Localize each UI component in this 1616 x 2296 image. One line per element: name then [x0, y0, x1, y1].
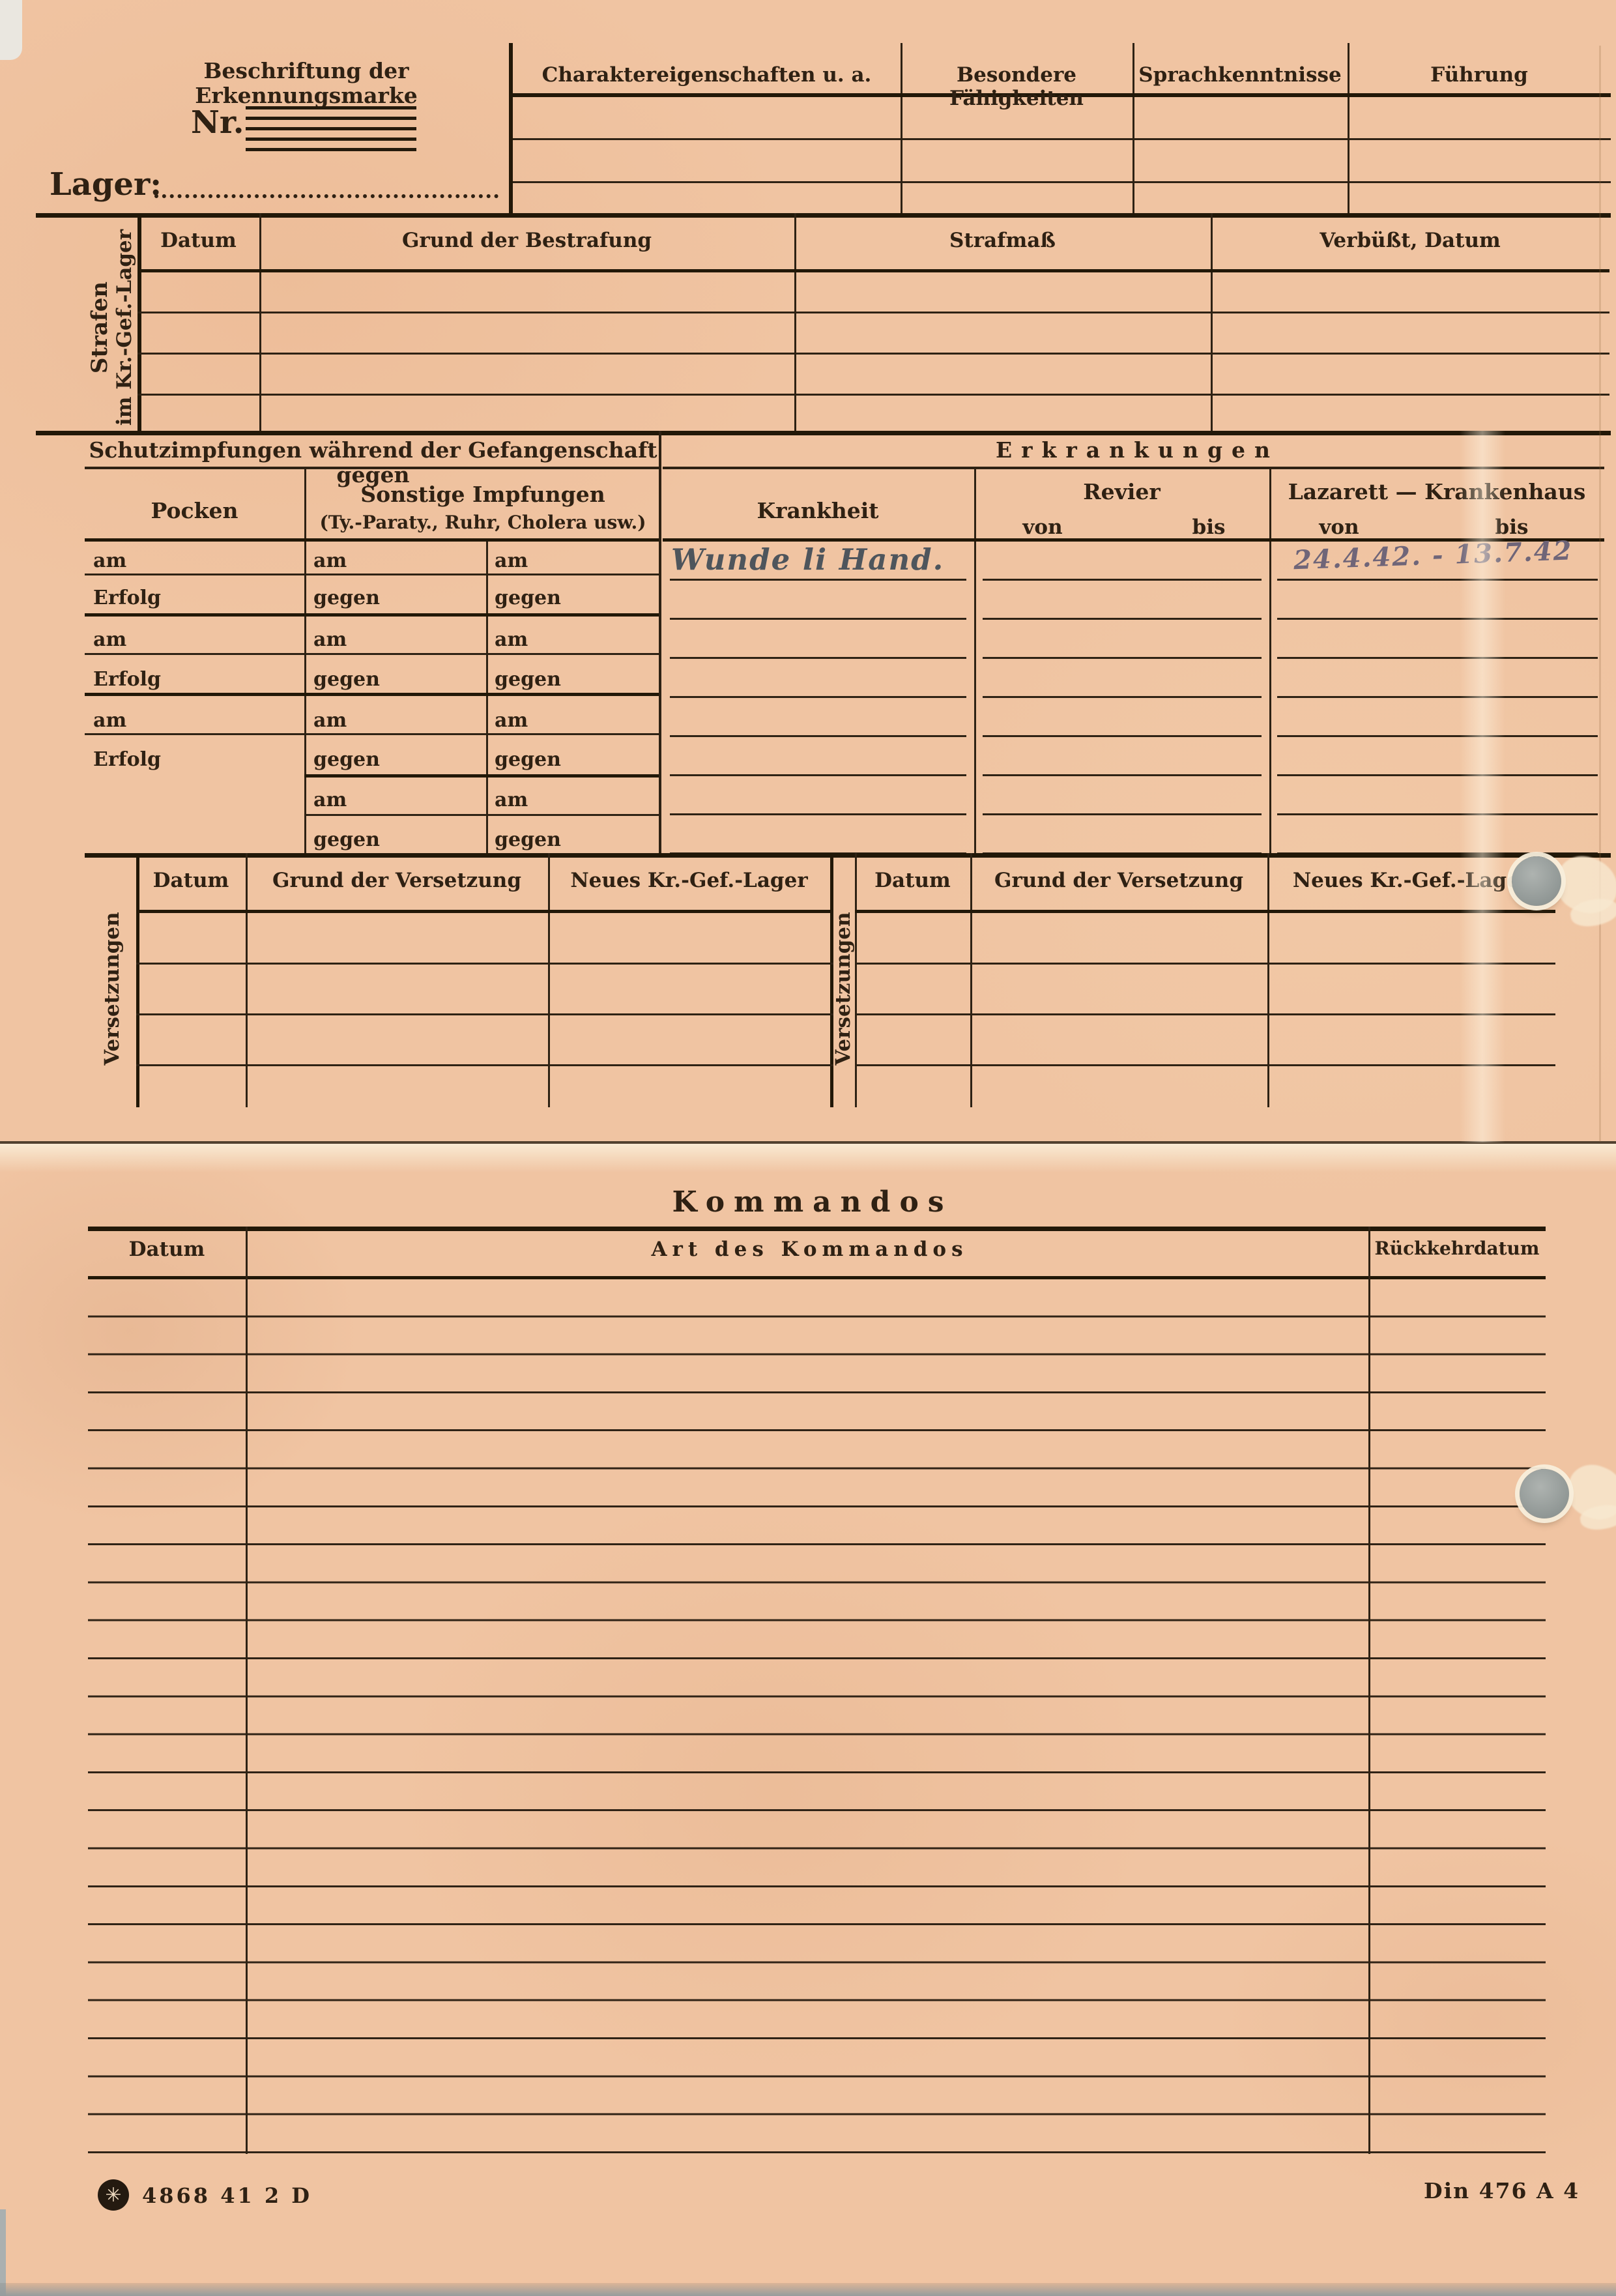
field-label-am: am	[495, 789, 528, 811]
field-label-am: am	[313, 709, 347, 732]
table-line	[304, 774, 660, 777]
field-label-am: am	[495, 628, 528, 651]
illnesses-row-lines	[1277, 542, 1598, 854]
illnesses-row-lines	[983, 542, 1262, 854]
card-fold-highlight	[0, 1144, 1616, 1172]
camp-entry-line	[154, 169, 498, 198]
punishments-col-header: Grund der Bestrafung	[259, 229, 794, 253]
table-line	[36, 431, 1611, 435]
kommandos-row-lines	[88, 1279, 1546, 2154]
table-line	[85, 853, 1611, 858]
field-label-gegen: gegen	[313, 668, 380, 691]
illnesses-subcol-header: von	[1303, 516, 1375, 540]
field-label-erfolg: Erfolg	[93, 748, 161, 771]
field-label-gegen: gegen	[313, 587, 380, 609]
table-line	[1368, 1227, 1370, 2154]
transfers-col-header: Datum	[855, 869, 970, 893]
field-label-erfolg: Erfolg	[93, 587, 161, 609]
table-line	[88, 1227, 1546, 1231]
field-label-am: am	[495, 709, 528, 732]
traits-col-header: Sprachkenntnisse	[1133, 64, 1348, 87]
transfers-col-header: Grund der Versetzung	[246, 869, 548, 893]
field-label-gegen: gegen	[313, 748, 380, 771]
table-line	[36, 213, 1611, 218]
side-label-line: im Kr.-Gef.-Lager	[113, 229, 136, 426]
table-line	[136, 1013, 833, 1015]
side-label-line: Strafen	[87, 282, 113, 373]
table-line	[137, 312, 1609, 313]
field-label-am: am	[93, 628, 126, 651]
table-line	[85, 733, 659, 735]
table-line	[855, 963, 1555, 965]
paper-crease	[1460, 431, 1505, 1142]
table-line	[85, 613, 659, 617]
punishments-col-header: Verbüßt, Datum	[1211, 229, 1609, 253]
id-tag-label: Beschriftung der Erkennungsmarke	[147, 59, 466, 108]
kommandos-title: Kommandos	[0, 1186, 1616, 1219]
field-label-am: am	[93, 709, 126, 732]
field-label-am: am	[495, 549, 528, 572]
table-line	[85, 693, 659, 696]
table-line	[513, 181, 1611, 183]
handwritten-illness-entry: Wunde li Hand.	[671, 542, 971, 577]
table-line	[855, 910, 1555, 913]
illnesses-col-header: Revier	[974, 480, 1269, 504]
field-label-gegen: gegen	[495, 748, 561, 771]
camp-label: Lager:	[50, 166, 162, 203]
underlying-card-edge	[1599, 46, 1601, 1142]
table-line	[304, 467, 306, 856]
hole-punch	[1520, 1469, 1569, 1519]
id-number-label: Nr.	[191, 104, 244, 141]
table-line	[304, 814, 660, 816]
kommandos-col-header: Datum	[88, 1238, 246, 1262]
scanner-background-edge	[0, 2283, 1616, 2296]
illnesses-row-lines	[670, 542, 966, 854]
transfers-side-label: Versetzungen	[96, 910, 128, 1067]
traits-col-header: Charaktereigenschaften u. a.	[513, 64, 901, 87]
din-format-code: Din 476 A 4	[1424, 2178, 1580, 2203]
table-line	[136, 1064, 833, 1066]
punishments-side-label: Strafen im Kr.-Gef.-Lager	[80, 228, 142, 427]
transfers-col-header: Grund der Versetzung	[970, 869, 1267, 893]
scanned-pow-record-card: Beschriftung der Erkennungsmarke Nr. Lag…	[0, 0, 1616, 2296]
table-line	[137, 269, 1609, 272]
table-line	[974, 467, 976, 854]
traits-col-header: Führung	[1348, 64, 1611, 87]
table-line	[85, 467, 660, 469]
table-line	[486, 538, 488, 856]
table-line	[85, 574, 659, 575]
illnesses-col-header: Lazarett — Krankenhaus	[1269, 480, 1604, 504]
table-line	[246, 1227, 248, 2154]
field-label-gegen: gegen	[495, 587, 561, 609]
print-code: 4868 41 2 D	[142, 2183, 312, 2208]
vaccinations-col-header: Pocken	[85, 499, 304, 523]
vaccinations-col-header: Sonstige Impfungen	[306, 482, 660, 507]
vaccinations-title: Schutzimpfungen während der Gefangenscha…	[85, 438, 661, 487]
printer-union-mark: ✳	[98, 2179, 129, 2211]
table-line	[85, 538, 660, 542]
transfers-side-label: Versetzungen	[828, 910, 859, 1067]
table-line	[137, 394, 1609, 396]
field-label-erfolg: Erfolg	[93, 668, 161, 691]
kommandos-col-header: Rückkehrdatum	[1368, 1238, 1546, 1259]
punishments-col-header: Strafmaß	[794, 229, 1211, 253]
illnesses-subcol-header: bis	[1173, 516, 1245, 540]
traits-col-header: Besondere Fähigkeiten	[901, 64, 1133, 110]
field-label-am: am	[313, 789, 347, 811]
hole-punch	[1512, 856, 1561, 906]
printer-mark-glyph: ✳	[105, 2184, 121, 2207]
table-line	[136, 963, 833, 965]
field-label-gegen: gegen	[313, 828, 380, 851]
transfers-col-header: Neues Kr.-Gef.-Lager	[548, 869, 830, 893]
table-line	[513, 138, 1611, 140]
vaccinations-col-subheader: (Ty.-Paraty., Ruhr, Cholera usw.)	[306, 512, 660, 533]
field-label-am: am	[313, 549, 347, 572]
field-label-am: am	[93, 549, 126, 572]
table-line	[855, 1013, 1555, 1015]
field-label-gegen: gegen	[495, 668, 561, 691]
table-line	[1269, 467, 1271, 854]
field-label-gegen: gegen	[495, 828, 561, 851]
transfers-col-header: Datum	[136, 869, 246, 893]
table-line	[137, 353, 1609, 355]
table-line	[136, 910, 833, 913]
table-line	[659, 431, 661, 858]
scanner-background-corner	[0, 0, 22, 60]
field-label-am: am	[313, 628, 347, 651]
illnesses-col-header: Krankheit	[661, 499, 974, 523]
table-line	[85, 653, 659, 655]
kommandos-col-header: Art des Kommandos	[246, 1238, 1368, 1262]
punishments-col-header: Datum	[137, 229, 259, 253]
table-line	[855, 1064, 1555, 1066]
illnesses-subcol-header: von	[1007, 516, 1078, 540]
id-number-lines	[246, 106, 416, 152]
